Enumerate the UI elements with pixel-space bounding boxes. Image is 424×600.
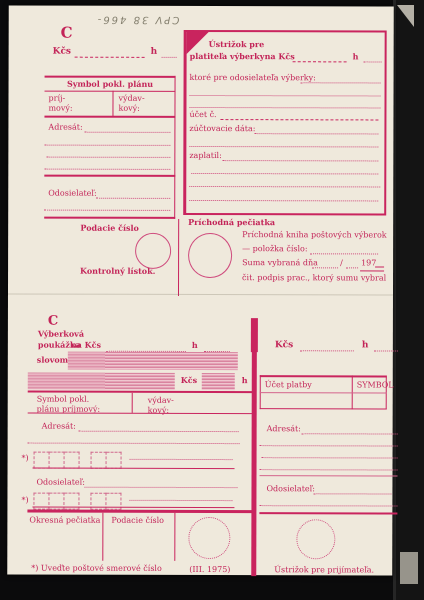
- h-label-right: h: [362, 340, 369, 351]
- psc-box: [107, 452, 122, 469]
- pencil-annotation: CPV 38 466-: [96, 14, 180, 25]
- stub-title-2: platiteľa výberky: [190, 52, 265, 62]
- cell-divider: [174, 513, 175, 561]
- rule: [260, 392, 387, 393]
- column-divider: [178, 219, 179, 296]
- psc-box: [91, 452, 107, 469]
- rule: [259, 512, 397, 514]
- amount-words-field: [28, 373, 175, 390]
- address-line: [44, 144, 170, 146]
- rule: [44, 116, 175, 118]
- amount-words-field: [68, 352, 238, 370]
- rule: [44, 175, 175, 177]
- zuctovacie-label: zúčtovacie dáta:: [189, 124, 255, 134]
- slash: /: [340, 258, 343, 268]
- address-line: [262, 456, 398, 458]
- line: [130, 458, 233, 460]
- amount-box-field: [202, 373, 235, 390]
- suma-label: Suma vybraná dňa: [242, 258, 318, 268]
- psc-box: [34, 452, 50, 469]
- prijmovy-cell: príj- mový:: [48, 94, 72, 113]
- ucet-platby-label: Účet platby: [265, 380, 312, 390]
- stamp-circle: [188, 233, 232, 278]
- odosielatel-label-top: Odosielateľ:: [48, 189, 96, 199]
- rule: [27, 510, 253, 514]
- line: [310, 252, 378, 254]
- perforation-bar: [251, 350, 257, 576]
- psc-box: [65, 452, 80, 469]
- cell-divider: [112, 91, 113, 117]
- ucet-label: účet č.: [189, 110, 216, 120]
- line: [33, 468, 235, 470]
- line: [220, 118, 378, 120]
- sender-line: [84, 486, 237, 488]
- odosielatel-label-right: Odosielateľ:: [266, 484, 314, 494]
- adresat-label-bottom: Adresát:: [42, 422, 76, 432]
- cell-divider: [102, 513, 103, 561]
- okresna-peciatka-label: Okresná pečiatka: [29, 516, 100, 526]
- sender-line: [96, 197, 170, 199]
- adresat-line: [79, 430, 239, 432]
- footnote-star: *): [21, 496, 28, 506]
- control-letter-bottom: C: [48, 314, 58, 330]
- stamp-circle: [135, 233, 171, 269]
- postal-form-card: CPV 38 466- C Kčs h Symbol pokl. plánu p…: [7, 5, 393, 575]
- prichodna-peciatka-label: Príchodná pečiatka: [188, 218, 275, 228]
- amount-line: [300, 349, 354, 351]
- rule: [28, 391, 254, 394]
- stub-h-label: h: [353, 52, 359, 62]
- title-vyberkova: Výberková: [38, 330, 84, 340]
- kcs-label-right: Kčs: [275, 340, 293, 351]
- h-line: [374, 349, 398, 351]
- address-line: [46, 156, 170, 158]
- ustrizok-prijimatel-label: Ústrižok pre prijímateľa.: [274, 565, 374, 575]
- sender-line: [313, 492, 391, 494]
- psc-boxes: [91, 452, 122, 469]
- symbol-label: SYMBOL: [357, 380, 394, 390]
- address-line: [260, 444, 398, 446]
- address-line: [28, 442, 240, 445]
- control-letter-top: C: [61, 24, 73, 42]
- psc-boxes: [34, 452, 80, 469]
- adresat-label-top: Adresát:: [48, 123, 82, 133]
- sender-line: [259, 504, 397, 506]
- line: [222, 159, 378, 161]
- kontrolny-listok-label: Kontrolný lístok.: [80, 267, 155, 277]
- kniha-label: Príchodná kniha poštových výberok: [242, 230, 387, 240]
- fold-crease: [8, 293, 393, 295]
- adresat-line: [84, 131, 170, 133]
- line: [301, 81, 381, 83]
- psc-box: [50, 452, 65, 469]
- stub-title-1: Ústrižok pre: [209, 40, 265, 50]
- symbol-header-top: Symbol pokl. plánu: [45, 80, 176, 90]
- slovom-label: slovom: [37, 356, 68, 366]
- sender-line: [44, 209, 170, 211]
- rule: [45, 91, 176, 92]
- h-label-band: h: [242, 376, 248, 386]
- perforation-bar: [251, 318, 258, 352]
- rule: [260, 408, 387, 409]
- na-kcs-label-bottom: na Kčs: [71, 341, 101, 351]
- h-label-bottom: h: [192, 341, 198, 351]
- address-line: [260, 468, 398, 470]
- rule: [260, 375, 387, 377]
- line: [254, 132, 378, 134]
- line: [360, 270, 384, 271]
- edition-label: (III. 1975): [189, 565, 230, 575]
- stub-amount-line: [293, 60, 347, 62]
- line: [312, 266, 338, 268]
- page-corner-tab: [400, 552, 418, 584]
- polozka-label: — položka číslo:: [242, 244, 307, 254]
- stub-h-line: [364, 60, 382, 62]
- footnote-label: *) Uveďte poštové smerové číslo: [31, 564, 162, 574]
- ktore-label: ktoré pre odosielateľa výberky:: [190, 73, 316, 83]
- odosielatel-label-bottom: Odosielateľ:: [36, 478, 84, 488]
- adresat-line: [302, 432, 398, 434]
- na-kcs-label-stub: na Kčs: [265, 52, 295, 62]
- address-line: [44, 168, 170, 170]
- vydavkovy-cell: výdav- kový:: [118, 94, 144, 113]
- kcs-label-band: Kčs: [181, 376, 197, 386]
- stamp-circle-dotted: [188, 517, 230, 559]
- haliere-line: [162, 56, 177, 58]
- album-sleeve-edge: [396, 0, 424, 600]
- podacie-cislo-label-bottom: Podacie číslo: [111, 516, 164, 526]
- column-divider: [174, 76, 175, 219]
- line: [375, 266, 384, 267]
- zaplatil-label: zaplatil:: [189, 151, 221, 161]
- kcs-amount-line: [75, 56, 145, 58]
- line: [346, 266, 358, 268]
- symbol-cell-bottom: Symbol pokl. plánu príjmový:: [37, 395, 100, 414]
- line: [129, 499, 232, 501]
- rule: [260, 475, 398, 476]
- podpis-label: čit. podpis prac., ktorý sumu vybral: [242, 273, 386, 283]
- rule: [28, 413, 254, 415]
- adresat-label-right: Adresát:: [267, 424, 301, 434]
- stamp-circle-dotted: [296, 519, 335, 559]
- haliere-label-top: h: [151, 47, 158, 58]
- rule: [45, 76, 176, 78]
- cell-divider: [132, 393, 133, 413]
- footnote-star: *): [22, 454, 29, 464]
- rule: [44, 217, 175, 219]
- kcs-label-top: Kčs: [53, 47, 71, 58]
